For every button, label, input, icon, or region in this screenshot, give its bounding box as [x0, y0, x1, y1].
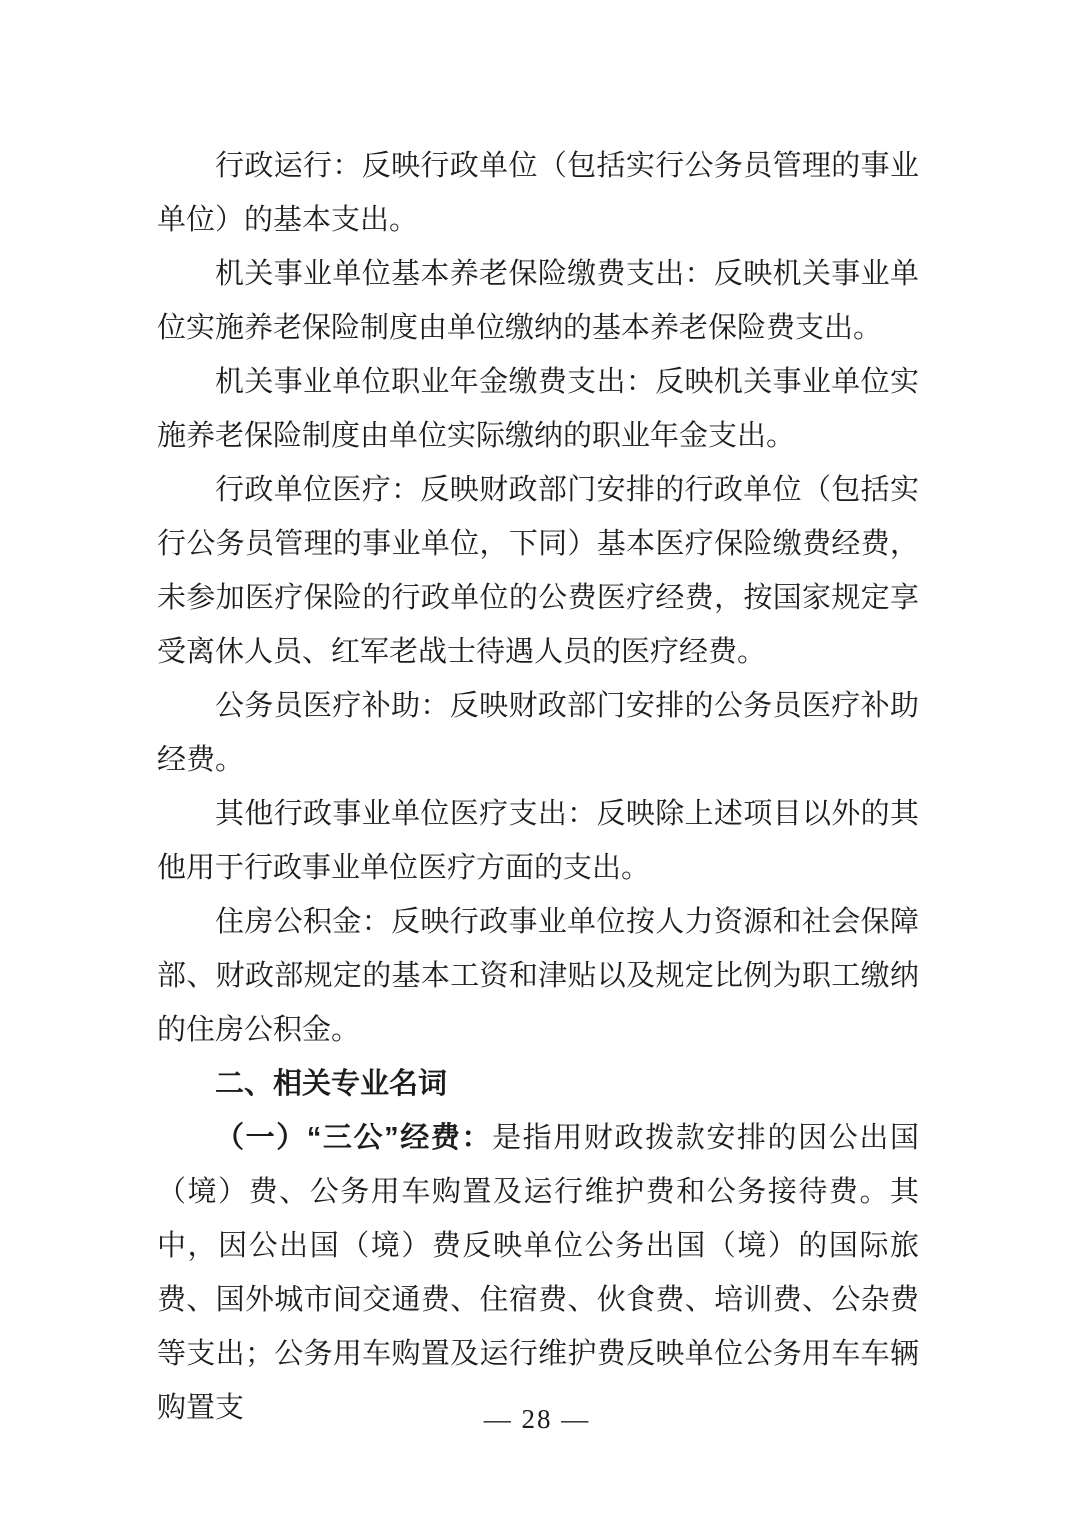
body-text: 机关事业单位职业年金缴费支出：反映机关事业单位实施养老保险制度由单位实际缴纳的职…	[157, 366, 919, 452]
paragraph: 机关事业单位职业年金缴费支出：反映机关事业单位实施养老保险制度由单位实际缴纳的职…	[157, 355, 919, 463]
paragraph: 其他行政事业单位医疗支出：反映除上述项目以外的其他用于行政事业单位医疗方面的支出…	[157, 787, 919, 895]
document-page: 行政运行：反映行政单位（包括实行公务员管理的事业单位）的基本支出。机关事业单位基…	[0, 0, 1074, 1520]
paragraph: 行政运行：反映行政单位（包括实行公务员管理的事业单位）的基本支出。	[157, 139, 919, 247]
bold-lead-text: （一）“三公”经费：	[215, 1122, 492, 1154]
paragraph: （一）“三公”经费：是指用财政拨款安排的因公出国（境）费、公务用车购置及运行维护…	[157, 1111, 919, 1435]
document-body: 行政运行：反映行政单位（包括实行公务员管理的事业单位）的基本支出。机关事业单位基…	[157, 139, 919, 1435]
section-heading: 二、相关专业名词	[157, 1057, 919, 1111]
body-text: 其他行政事业单位医疗支出：反映除上述项目以外的其他用于行政事业单位医疗方面的支出…	[157, 798, 919, 884]
body-text: 住房公积金：反映行政事业单位按人力资源和社会保障部、财政部规定的基本工资和津贴以…	[157, 906, 919, 1046]
body-text: 公务员医疗补助：反映财政部门安排的公务员医疗补助经费。	[157, 690, 919, 776]
paragraph: 机关事业单位基本养老保险缴费支出：反映机关事业单位实施养老保险制度由单位缴纳的基…	[157, 247, 919, 355]
body-text: 机关事业单位基本养老保险缴费支出：反映机关事业单位实施养老保险制度由单位缴纳的基…	[157, 258, 919, 344]
paragraph: 公务员医疗补助：反映财政部门安排的公务员医疗补助经费。	[157, 679, 919, 787]
body-text: 行政运行：反映行政单位（包括实行公务员管理的事业单位）的基本支出。	[157, 150, 919, 236]
bold-lead-text: 二、相关专业名词	[215, 1068, 447, 1100]
paragraph: 行政单位医疗：反映财政部门安排的行政单位（包括实行公务员管理的事业单位，下同）基…	[157, 463, 919, 679]
page-number: — 28 —	[0, 1404, 1074, 1435]
body-text: 行政单位医疗：反映财政部门安排的行政单位（包括实行公务员管理的事业单位，下同）基…	[157, 474, 919, 668]
body-text: 是指用财政拨款安排的因公出国（境）费、公务用车购置及运行维护费和公务接待费。其中…	[157, 1122, 919, 1424]
paragraph: 住房公积金：反映行政事业单位按人力资源和社会保障部、财政部规定的基本工资和津贴以…	[157, 895, 919, 1057]
